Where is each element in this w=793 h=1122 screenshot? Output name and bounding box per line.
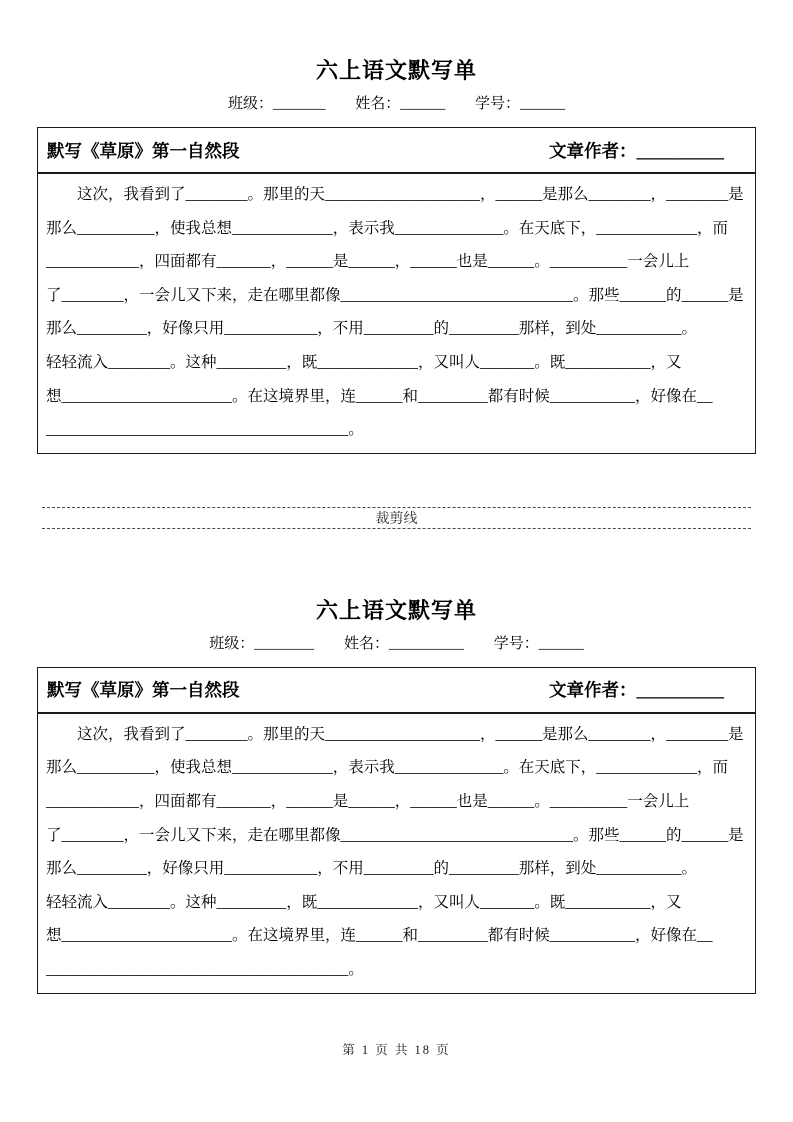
student-info-row: 班级：_______ 姓名：______ 学号：______ (0, 95, 793, 114)
cut-line-area: 裁剪线 (42, 507, 751, 529)
author-field: 文章作者：__________ (549, 677, 724, 702)
class-field: 班级：_______ (228, 96, 326, 112)
dictation-line: 轻轻流入________。这种_________，既_____________，… (46, 346, 747, 380)
cut-line-bottom-dash: 裁剪线 (42, 508, 751, 529)
student-info-row: 班级：________ 姓名：__________ 学号：______ (0, 635, 793, 654)
dictation-line: 了________，一会儿又下来，走在哪里都像_________________… (46, 819, 747, 853)
dictation-line: 轻轻流入________。这种_________，既_____________，… (46, 886, 747, 920)
student-id-field: 学号：______ (494, 636, 584, 652)
student-id-field: 学号：______ (475, 96, 565, 112)
dictation-box-header: 默写《草原》第一自然段 文章作者：__________ (38, 668, 755, 714)
worksheet-copy-1: 六上语文默写单 班级：_______ 姓名：______ 学号：______ 默… (0, 0, 793, 454)
dictation-line: 那么__________，使我总想_____________，表示我______… (46, 212, 747, 246)
dictation-line: 那么__________，使我总想_____________，表示我______… (46, 751, 747, 785)
dictation-body: 这次，我看到了________。那里的天____________________… (38, 714, 755, 993)
page-number-footer: 第 1 页 共 18 页 (0, 1040, 793, 1058)
dictation-line: _______________________________________。 (46, 413, 747, 447)
sheet-title: 六上语文默写单 (0, 529, 793, 624)
class-field: 班级：________ (209, 636, 314, 652)
dictation-body: 这次，我看到了________。那里的天____________________… (38, 174, 755, 453)
dictation-task-title: 默写《草原》第一自然段 (47, 138, 240, 163)
name-field: 姓名：______ (355, 96, 445, 112)
dictation-box-header: 默写《草原》第一自然段 文章作者：__________ (38, 128, 755, 174)
dictation-line: 想______________________。在这境界里，连______和__… (46, 380, 747, 414)
dictation-line: 这次，我看到了________。那里的天____________________… (46, 178, 747, 212)
dictation-line: _______________________________________。 (46, 953, 747, 987)
dictation-line: 这次，我看到了________。那里的天____________________… (46, 718, 747, 752)
dictation-line: 了________，一会儿又下来，走在哪里都像_________________… (46, 279, 747, 313)
dictation-box: 默写《草原》第一自然段 文章作者：__________ 这次，我看到了_____… (37, 127, 756, 454)
dictation-line: 那么_________，好像只用____________，不用_________… (46, 852, 747, 886)
dictation-line: 那么_________，好像只用____________，不用_________… (46, 312, 747, 346)
dictation-line: ____________，四面都有_______，______是______，_… (46, 245, 747, 279)
dictation-line: ____________，四面都有_______，______是______，_… (46, 785, 747, 819)
sheet-title: 六上语文默写单 (0, 0, 793, 84)
dictation-task-title: 默写《草原》第一自然段 (47, 677, 240, 702)
name-field: 姓名：__________ (344, 636, 464, 652)
dictation-box: 默写《草原》第一自然段 文章作者：__________ 这次，我看到了_____… (37, 667, 756, 994)
cut-line-label: 裁剪线 (376, 508, 418, 532)
dictation-line: 想______________________。在这境界里，连______和__… (46, 919, 747, 953)
worksheet-copy-2: 六上语文默写单 班级：________ 姓名：__________ 学号：___… (0, 529, 793, 994)
worksheet-page: 六上语文默写单 班级：_______ 姓名：______ 学号：______ 默… (0, 0, 793, 1122)
author-field: 文章作者：__________ (549, 138, 724, 163)
